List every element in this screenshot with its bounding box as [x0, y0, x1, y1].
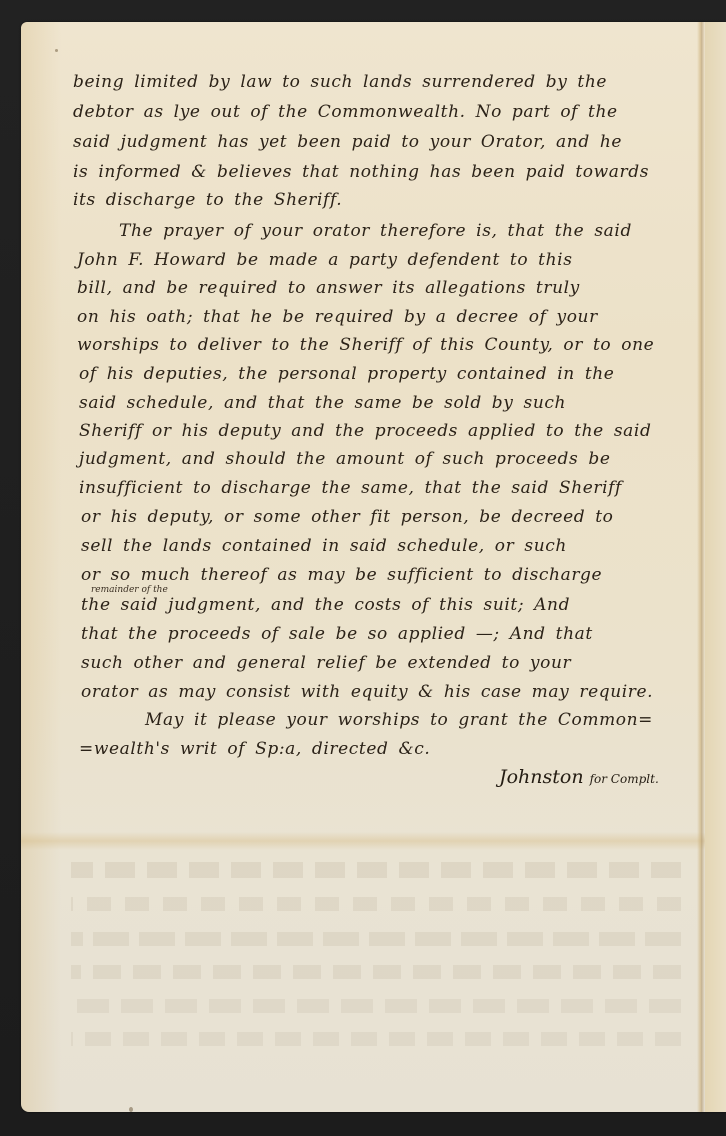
- text-line-18: or so much thereof as may be sufficient …: [81, 565, 602, 585]
- signature-role: for Complt.: [590, 772, 659, 786]
- vertical-fold-crease: [697, 22, 705, 1112]
- text-line-19: the said judgment, and the costs of this…: [81, 595, 570, 615]
- text-line-16: or his deputy, or some other fit person,…: [81, 507, 614, 527]
- text-line-3: said judgment has yet been paid to your …: [73, 132, 622, 152]
- text-line-10: worships to deliver to the Sheriff of th…: [77, 335, 654, 355]
- text-line-12: said schedule, and that the same be sold…: [79, 393, 566, 413]
- text-line-6: The prayer of your orator therefore is, …: [119, 221, 632, 241]
- bleed-through-line: [71, 897, 681, 911]
- manuscript-page: being limited by law to such lands surre…: [21, 22, 726, 1112]
- text-line-20: that the proceeds of sale be so applied …: [81, 624, 593, 644]
- text-line-13: Sheriff or his deputy and the proceeds a…: [79, 421, 651, 441]
- text-line-21: such other and general relief be extende…: [81, 653, 571, 673]
- bleed-through-line: [71, 862, 681, 878]
- text-line-11: of his deputies, the personal property c…: [79, 364, 614, 384]
- interlinear-insertion: remainder of the: [91, 585, 168, 595]
- text-line-4: is informed & believes that nothing has …: [73, 162, 649, 182]
- text-line-2: debtor as lye out of the Commonwealth. N…: [73, 102, 618, 122]
- paper-speck: [129, 1107, 133, 1112]
- bleed-through-line: [71, 999, 681, 1013]
- text-line-24: =wealth's writ of Sp:a, directed &c.: [79, 739, 430, 759]
- text-line-17: sell the lands contained in said schedul…: [81, 536, 567, 556]
- text-line-15: insufficient to discharge the same, that…: [79, 478, 622, 498]
- text-line-8: bill, and be required to answer its alle…: [77, 278, 580, 298]
- text-line-23: May it please your worships to grant the…: [145, 710, 653, 730]
- bleed-through-line: [71, 965, 681, 979]
- text-line-14: judgment, and should the amount of such …: [79, 449, 611, 469]
- text-line-1: being limited by law to such lands surre…: [73, 72, 607, 92]
- adjacent-page-edge: [705, 22, 726, 1112]
- text-line-9: on his oath; that he be required by a de…: [77, 307, 598, 327]
- bleed-through-line: [71, 932, 681, 946]
- text-line-5: its discharge to the Sheriff.: [73, 190, 342, 210]
- paper-speck: [55, 49, 58, 52]
- bleed-through-line: [71, 1032, 681, 1046]
- signature: Johnstonfor Complt.: [499, 766, 659, 788]
- signature-name: Johnston: [499, 766, 584, 788]
- text-line-7: John F. Howard be made a party defendent…: [77, 250, 573, 270]
- horizontal-fold-crease: [21, 832, 726, 850]
- text-line-22: orator as may consist with equity & his …: [81, 682, 653, 702]
